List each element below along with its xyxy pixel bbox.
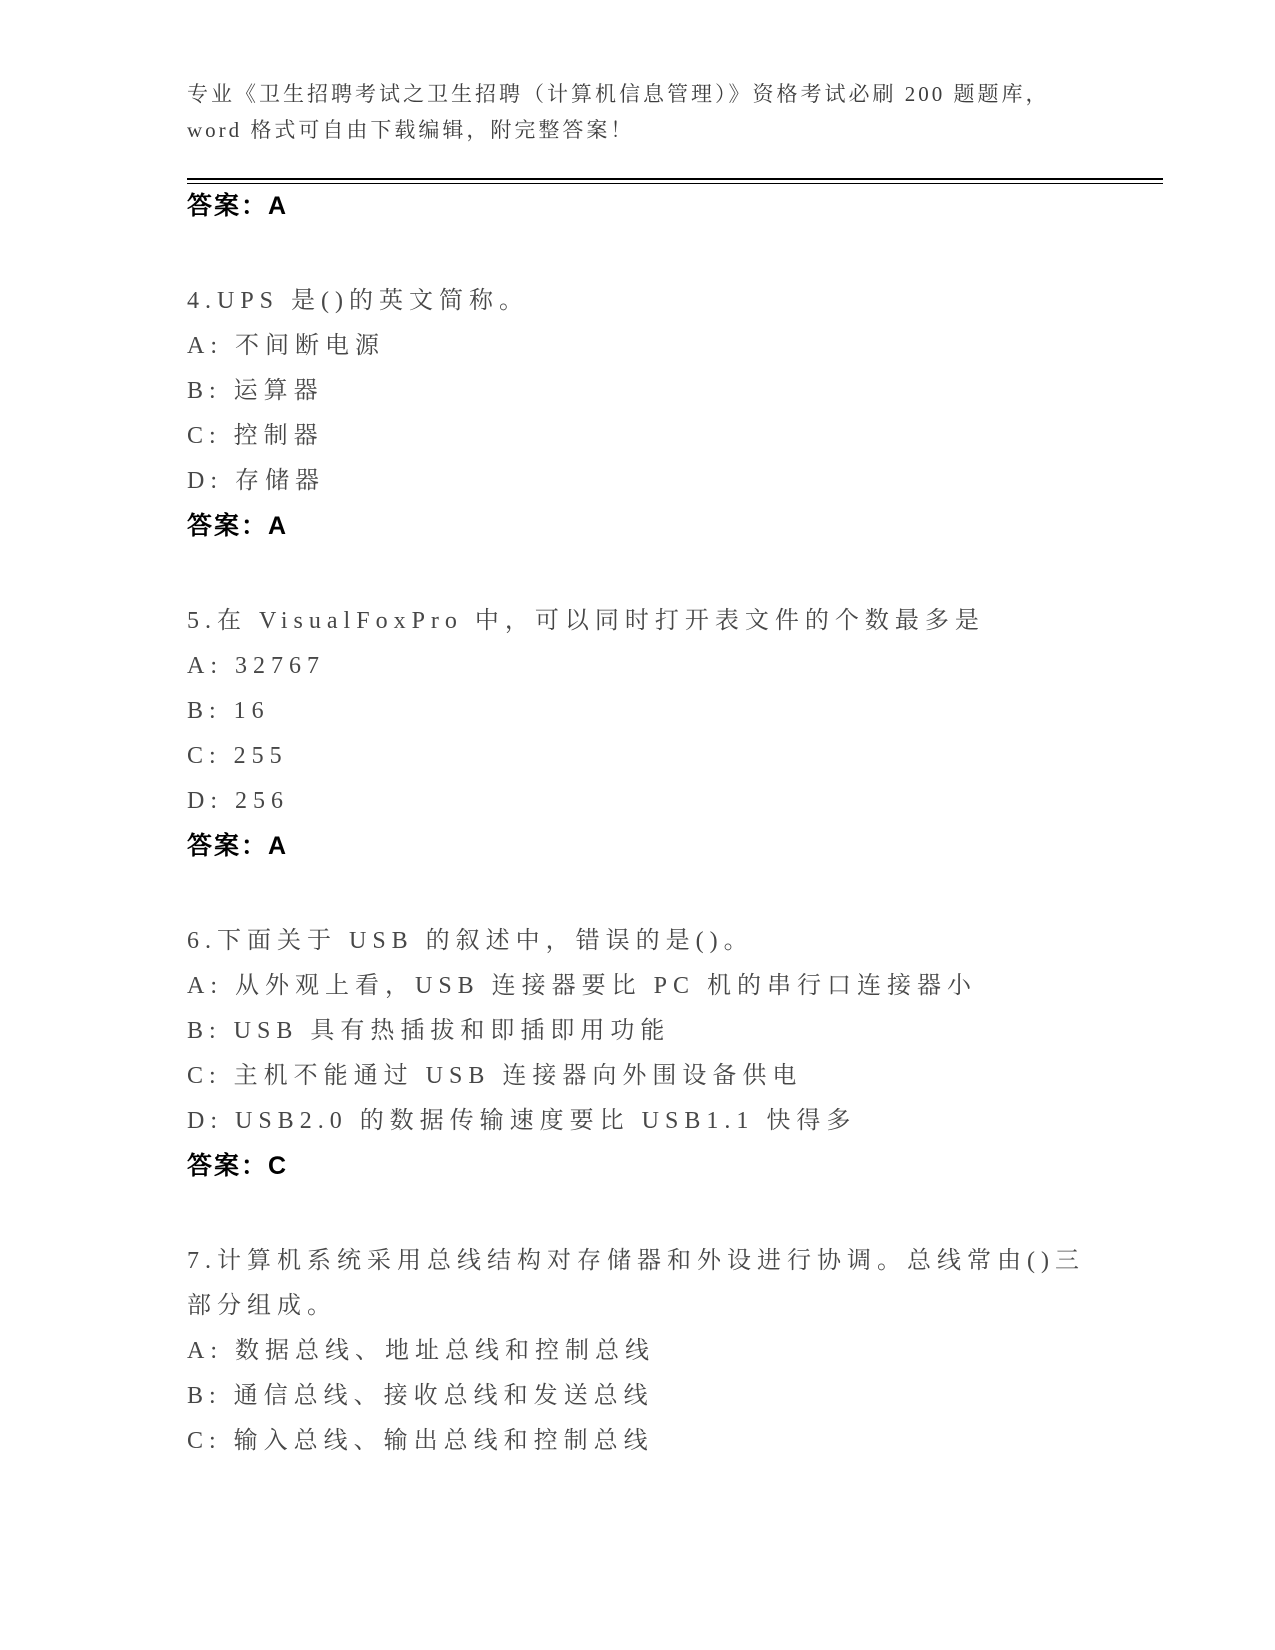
question-7: 7.计算机系统采用总线结构对存储器和外设进行协调。总线常由()三 部分组成。 A… (187, 1239, 1163, 1464)
answer-line-question-3: 答案：A (187, 184, 1163, 229)
question-6: 6.下面关于 USB 的叙述中，错误的是()。 A: 从外观上看，USB 连接器… (187, 919, 1163, 1189)
question-7-option-c: C: 输入总线、输出总线和控制总线 (187, 1419, 1163, 1464)
answer-line-question-4: 答案：A (187, 504, 1163, 549)
answer-line-question-5: 答案：A (187, 824, 1163, 869)
answer-line-question-6: 答案：C (187, 1144, 1163, 1189)
question-5-option-d: D: 256 (187, 779, 1163, 824)
question-6-option-b: B: USB 具有热插拔和即插即用功能 (187, 1009, 1163, 1054)
question-7-option-a: A: 数据总线、地址总线和控制总线 (187, 1329, 1163, 1374)
question-6-option-c: C: 主机不能通过 USB 连接器向外围设备供电 (187, 1054, 1163, 1099)
header-title-line-1: 专业《卫生招聘考试之卫生招聘（计算机信息管理）》资格考试必刷 200 题题库， (187, 76, 1163, 112)
question-4-option-d: D: 存储器 (187, 459, 1163, 504)
header-title-line-2: word 格式可自由下载编辑，附完整答案！ (187, 112, 1163, 148)
document-page: 专业《卫生招聘考试之卫生招聘（计算机信息管理）》资格考试必刷 200 题题库， … (0, 0, 1275, 1650)
question-5: 5.在 VisualFoxPro 中，可以同时打开表文件的个数最多是 A: 32… (187, 599, 1163, 869)
question-4-stem: 4.UPS 是()的英文简称。 (187, 279, 1163, 324)
question-4-option-a: A: 不间断电源 (187, 324, 1163, 369)
question-5-option-b: B: 16 (187, 689, 1163, 734)
question-4-option-c: C: 控制器 (187, 414, 1163, 459)
document-header: 专业《卫生招聘考试之卫生招聘（计算机信息管理）》资格考试必刷 200 题题库， … (187, 76, 1163, 148)
question-7-stem-line-1: 7.计算机系统采用总线结构对存储器和外设进行协调。总线常由()三 (187, 1239, 1163, 1284)
question-5-stem: 5.在 VisualFoxPro 中，可以同时打开表文件的个数最多是 (187, 599, 1163, 644)
question-7-option-b: B: 通信总线、接收总线和发送总线 (187, 1374, 1163, 1419)
document-content: 专业《卫生招聘考试之卫生招聘（计算机信息管理）》资格考试必刷 200 题题库， … (0, 0, 1275, 1464)
question-4-option-b: B: 运算器 (187, 369, 1163, 414)
question-6-option-a: A: 从外观上看，USB 连接器要比 PC 机的串行口连接器小 (187, 964, 1163, 1009)
question-4: 4.UPS 是()的英文简称。 A: 不间断电源 B: 运算器 C: 控制器 D… (187, 279, 1163, 549)
question-5-option-a: A: 32767 (187, 644, 1163, 689)
question-7-stem-line-2: 部分组成。 (187, 1284, 1163, 1329)
question-6-stem: 6.下面关于 USB 的叙述中，错误的是()。 (187, 919, 1163, 964)
question-6-option-d: D: USB2.0 的数据传输速度要比 USB1.1 快得多 (187, 1099, 1163, 1144)
question-5-option-c: C: 255 (187, 734, 1163, 779)
